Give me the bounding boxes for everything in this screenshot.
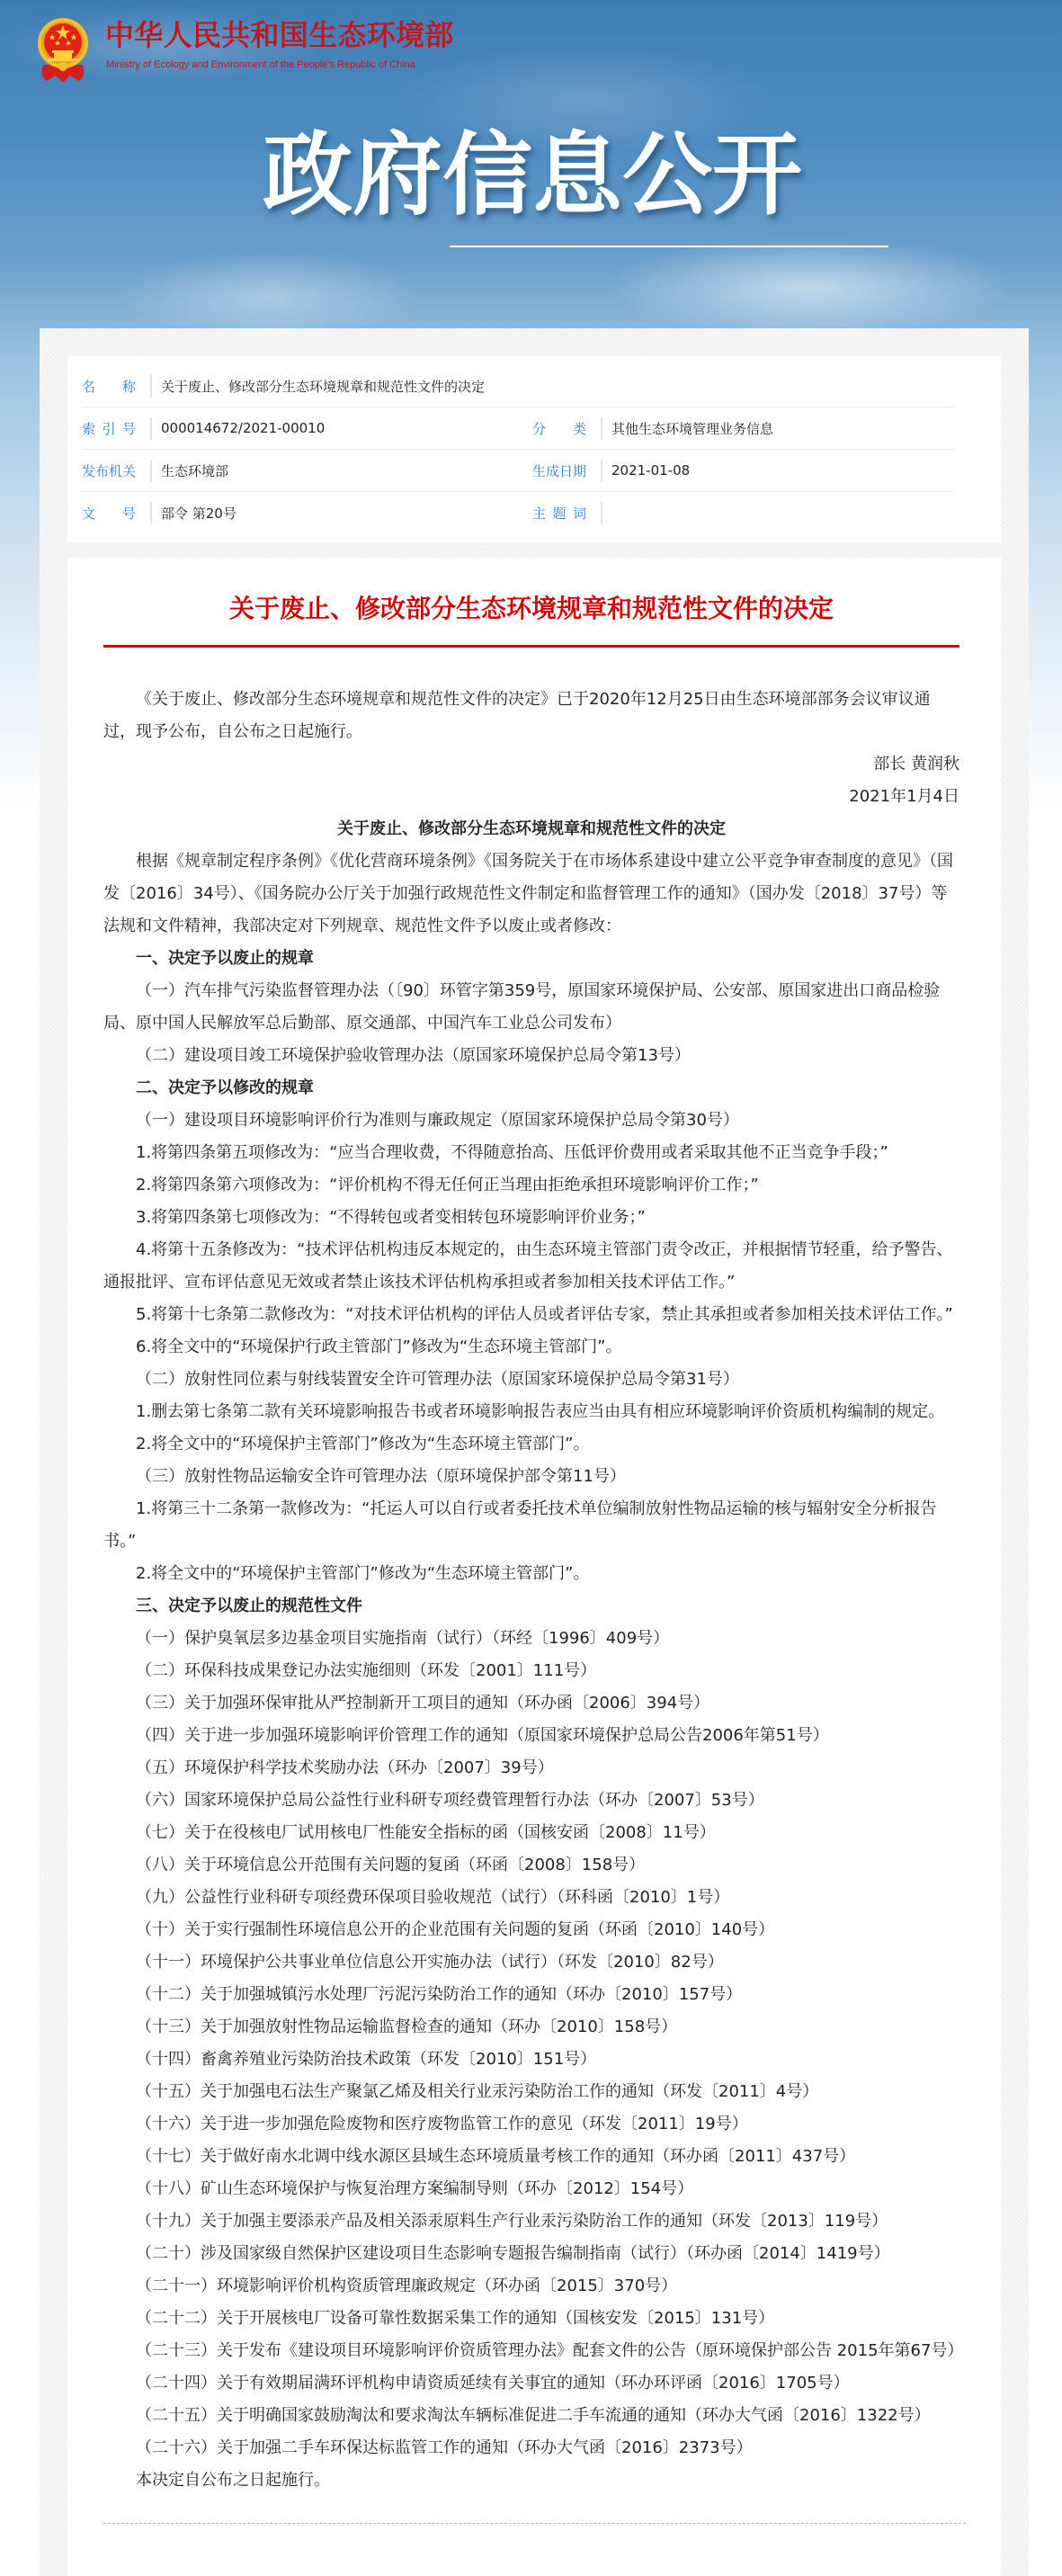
info-value: 000014672/2021-00010: [161, 420, 325, 436]
info-divider: [601, 502, 602, 524]
info-row-name: 名称 关于废止、修改部分生态环境规章和规范性文件的决定: [82, 365, 953, 407]
list-item: 3.将第四条第七项修改为：“不得转包或者变相转包环境影响评价业务；”: [103, 1202, 959, 1234]
list-item: 6.将全文中的“环境保护行政主管部门”修改为“生态环境主管部门”。: [103, 1331, 959, 1364]
list-item: （三）放射性物品运输安全许可管理办法（原环境保护部令第11号）: [103, 1461, 959, 1493]
article-subtitle: 关于废止、修改部分生态环境规章和规范性文件的决定: [103, 813, 959, 845]
info-label: 生成日期: [532, 461, 586, 480]
list-item: （五）环境保护科学技术奖励办法（环办〔2007〕39号）: [103, 1752, 959, 1784]
list-item: （十六）关于进一步加强危险废物和医疗废物监管工作的意见（环发〔2011〕19号）: [103, 2108, 959, 2141]
section-heading: 二、决定予以修改的规章: [103, 1072, 959, 1105]
footer-divider: [103, 2523, 966, 2524]
article-title: 关于废止、修改部分生态环境规章和规范性文件的决定: [103, 591, 959, 627]
info-field-category: 分类 其他生态环境管理业务信息: [532, 417, 953, 440]
document-info-panel: 名称 关于废止、修改部分生态环境规章和规范性文件的决定 索引号 00001467…: [67, 356, 1001, 542]
signature-name: 部长 黄润秋: [103, 748, 959, 781]
info-divider: [150, 417, 152, 440]
info-field-publisher: 发布机关 生态环境部: [82, 460, 532, 482]
list-item: （十三）关于加强放射性物品运输监督检查的通知（环办〔2010〕158号）: [103, 2011, 959, 2044]
info-field-keywords: 主题词: [532, 502, 953, 524]
list-item: （七）关于在役核电厂试用核电厂性能安全指标的函（国核安函〔2008〕11号）: [103, 1817, 959, 1849]
list-item: （二）环保科技成果登记办法实施细则（环发〔2001〕111号）: [103, 1655, 959, 1687]
list-item: （十七）关于做好南水北调中线水源区县域生态环境质量考核工作的通知（环办函〔201…: [103, 2141, 959, 2173]
info-label: 发布机关: [82, 461, 136, 480]
list-item: （二十六）关于加强二手车环保达标监管工作的通知（环办大气函〔2016〕2373号…: [103, 2432, 959, 2464]
signature-date: 2021年1月4日: [103, 781, 959, 813]
section-heading: 三、决定予以废止的规范性文件: [103, 1590, 959, 1623]
info-value: 生态环境部: [161, 461, 228, 480]
list-item: （十五）关于加强电石法生产聚氯乙烯及相关行业汞污染防治工作的通知（环发〔2011…: [103, 2076, 959, 2108]
info-label: 名称: [82, 377, 136, 396]
national-emblem-icon[interactable]: [36, 13, 90, 86]
list-item: （十二）关于加强城镇污水处理厂污泥污染防治工作的通知（环办〔2010〕157号）: [103, 1979, 959, 2011]
info-value: 部令 第20号: [161, 504, 236, 523]
info-label: 索引号: [82, 419, 136, 438]
list-item: （十一）环境保护公共事业单位信息公开实施办法（试行）（环发〔2010〕82号）: [103, 1946, 959, 1979]
list-item: （二十三）关于发布《建设项目环境影响评价资质管理办法》配套文件的公告（原环境保护…: [103, 2335, 959, 2367]
info-label: 分类: [532, 419, 586, 438]
list-item: （一）建设项目环境影响评价行为准则与廉政规定（原国家环境保护总局令第30号）: [103, 1105, 959, 1137]
list-item: （二十四）关于有效期届满环评机构申请资质延续有关事宜的通知（环办环评函〔2016…: [103, 2367, 959, 2400]
site-name-cn[interactable]: 中华人民共和国生态环境部: [105, 18, 454, 52]
banner-title: 政府信息公开: [263, 126, 802, 225]
info-field-index-number: 索引号 000014672/2021-00010: [82, 417, 532, 440]
list-item: （一）汽车排气污染监督管理办法（〔90〕环管字第359号，原国家环境保护局、公安…: [103, 975, 959, 1040]
info-value: 2021-01-08: [611, 462, 690, 479]
info-row-index: 索引号 000014672/2021-00010 分类 其他生态环境管理业务信息: [82, 407, 953, 450]
info-divider: [150, 375, 152, 398]
list-item: （八）关于环境信息公开范围有关问题的复函（环函〔2008〕158号）: [103, 1849, 959, 1882]
list-item: 4.将第十五条修改为：“技术评估机构违反本规定的，由生态环境主管部门责令改正，并…: [103, 1234, 959, 1299]
list-item: （二）建设项目竣工环境保护验收管理办法（原国家环境保护总局令第13号）: [103, 1040, 959, 1072]
site-name-en[interactable]: Ministry of Ecology and Environment of t…: [106, 59, 415, 71]
article-body: 《关于废止、修改部分生态环境规章和规范性文件的决定》已于2020年12月25日由…: [103, 684, 959, 2497]
list-item: （九）公益性行业科研专项经费环保项目验收规范（试行）（环科函〔2010〕1号）: [103, 1882, 959, 1914]
list-item: （二十一）环境影响评价机构资质管理廉政规定（环办函〔2015〕370号）: [103, 2270, 959, 2303]
info-row-publisher: 发布机关 生态环境部 生成日期 2021-01-08: [82, 450, 953, 492]
list-item: 1.删去第七条第二款有关环境影响报告书或者环境影响报告表应当由具有相应环境影响评…: [103, 1396, 959, 1428]
info-divider: [601, 417, 602, 440]
list-item: （三）关于加强环保审批从严控制新开工项目的通知（环办函〔2006〕394号）: [103, 1687, 959, 1720]
list-item: （二十五）关于明确国家鼓励淘汰和要求淘汰车辆标准促进二手车流通的通知（环办大气函…: [103, 2400, 959, 2432]
intro-paragraph: 《关于废止、修改部分生态环境规章和规范性文件的决定》已于2020年12月25日由…: [103, 684, 959, 748]
list-item: 1.将第三十二条第一款修改为：“托运人可以自行或者委托技术单位编制放射性物品运输…: [103, 1493, 959, 1558]
list-item: 2.将全文中的“环境保护主管部门”修改为“生态环境主管部门”。: [103, 1428, 959, 1461]
info-divider: [150, 502, 152, 524]
list-item: （十八）矿山生态环境保护与恢复治理方案编制导则（环办〔2012〕154号）: [103, 2173, 959, 2205]
list-item: （六）国家环境保护总局公益性行业科研专项经费管理暂行办法（环办〔2007〕53号…: [103, 1784, 959, 1817]
list-item: （十四）畜禽养殖业污染防治技术政策（环发〔2010〕151号）: [103, 2044, 959, 2076]
article-content: 关于废止、修改部分生态环境规章和规范性文件的决定 《关于废止、修改部分生态环境规…: [67, 558, 1001, 2576]
list-item: （四）关于进一步加强环境影响评价管理工作的通知（原国家环境保护总局公告2006年…: [103, 1720, 959, 1752]
info-label: 文号: [82, 504, 136, 523]
list-item: （二十）涉及国家级自然保护区建设项目生态影响专题报告编制指南（试行）（环办函〔2…: [103, 2238, 959, 2270]
info-value: 关于废止、修改部分生态环境规章和规范性文件的决定: [161, 377, 485, 396]
info-value: 其他生态环境管理业务信息: [611, 419, 773, 438]
preamble-paragraph: 根据《规章制定程序条例》《优化营商环境条例》《国务院关于在市场体系建设中建立公平…: [103, 845, 959, 943]
info-field-name: 名称 关于废止、修改部分生态环境规章和规范性文件的决定: [82, 375, 532, 398]
list-item: （十）关于实行强制性环境信息公开的企业范围有关问题的复函（环函〔2010〕140…: [103, 1914, 959, 1946]
banner-underline: [450, 246, 888, 247]
list-item: （二）放射性同位素与射线装置安全许可管理办法（原国家环境保护总局令第31号）: [103, 1364, 959, 1396]
info-row-doc-number: 文号 部令 第20号 主题词: [82, 492, 953, 534]
info-divider: [601, 460, 602, 482]
info-divider: [150, 460, 152, 482]
info-field-doc-number: 文号 部令 第20号: [82, 502, 532, 524]
title-divider: [103, 645, 959, 648]
info-field-generated-date: 生成日期 2021-01-08: [532, 460, 953, 482]
closing-paragraph: 本决定自公布之日起施行。: [103, 2464, 959, 2497]
list-item: 1.将第四条第五项修改为：“应当合理收费，不得随意抬高、压低评价费用或者采取其他…: [103, 1137, 959, 1169]
list-item: （一）保护臭氧层多边基金项目实施指南（试行）（环经〔1996〕409号）: [103, 1623, 959, 1655]
list-item: 2.将全文中的“环境保护主管部门”修改为“生态环境主管部门”。: [103, 1558, 959, 1590]
list-item: （十九）关于加强主要添汞产品及相关添汞原料生产行业汞污染防治工作的通知（环发〔2…: [103, 2205, 959, 2238]
site-banner: 中华人民共和国生态环境部 Ministry of Ecology and Env…: [0, 0, 1062, 328]
list-item: 2.将第四条第六项修改为：“评价机构不得无任何正当理由拒绝承担环境影响评价工作；…: [103, 1169, 959, 1202]
page-container: 名称 关于废止、修改部分生态环境规章和规范性文件的决定 索引号 00001467…: [40, 328, 1029, 2576]
list-item: 5.将第十七条第二款修改为：“对技术评估机构的评估人员或者评估专家，禁止其承担或…: [103, 1299, 959, 1331]
list-item: （二十二）关于开展核电厂设备可靠性数据采集工作的通知（国核安发〔2015〕131…: [103, 2303, 959, 2335]
info-label: 主题词: [532, 504, 586, 523]
section-heading: 一、决定予以废止的规章: [103, 943, 959, 975]
